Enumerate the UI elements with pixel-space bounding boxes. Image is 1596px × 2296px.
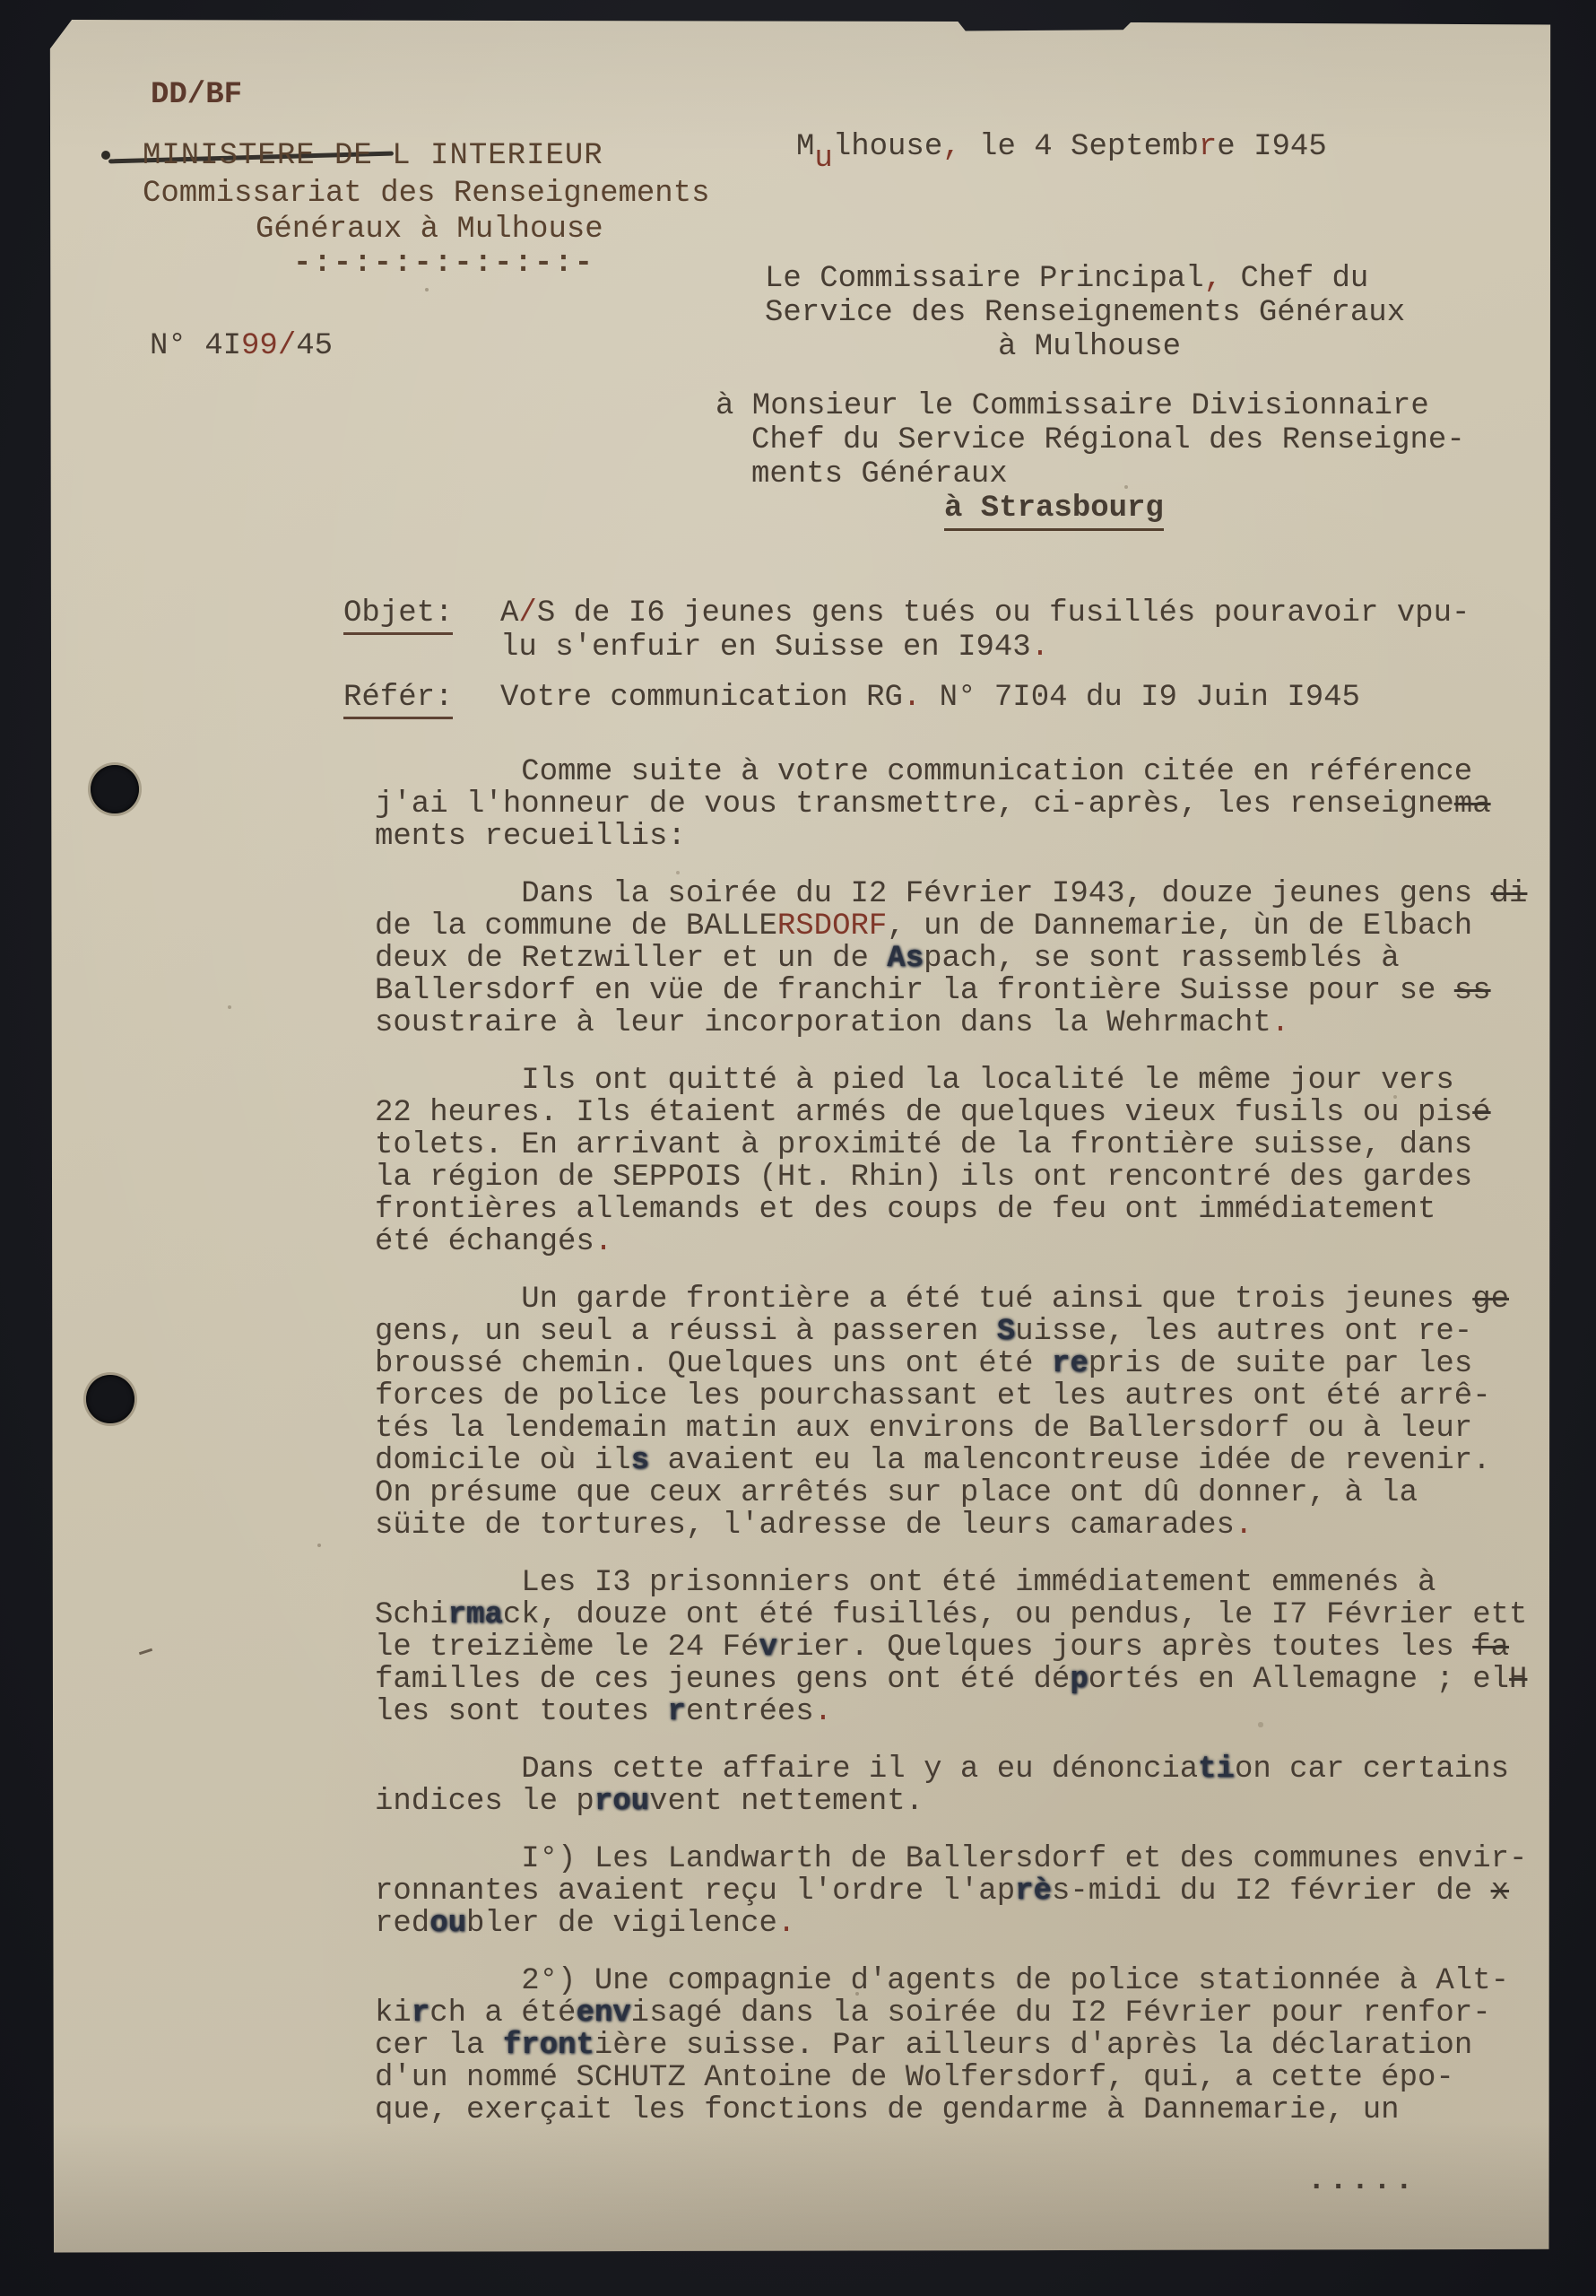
paragraph: Dans la soirée du I2 Février I943, douze…: [375, 878, 1581, 1039]
letterhead-commissariat: Commissariat des Renseignements: [143, 178, 710, 210]
text-line: Ballersdorf en vüe de franchir la fronti…: [375, 975, 1581, 1007]
text-line: Schirmack, douze ont été fusillés, ou pe…: [375, 1599, 1581, 1631]
text-line: soustraire à leur incorporation dans la …: [375, 1007, 1581, 1039]
ink-blot-text: S: [997, 1315, 1015, 1349]
recipient-city-underlined: à Strasbourg: [944, 491, 1164, 531]
text-line: redoubler de vigilence.: [375, 1908, 1581, 1940]
paragraph: Dans cette affaire il y a eu dénonciatio…: [375, 1753, 1581, 1818]
text-line: I°) Les Landwarth de Ballersdorf et des …: [375, 1843, 1581, 1875]
struck-text: di: [1491, 877, 1528, 911]
sender-city: à Mulhouse: [998, 331, 1181, 363]
struck-text: ge: [1472, 1283, 1509, 1317]
text-line: Dans la soirée du I2 Février I943, douze…: [375, 878, 1581, 910]
red-ink-text: /: [518, 596, 536, 631]
struck-text: H: [1509, 1663, 1527, 1697]
sender-title-line1: Le Commissaire Principal, Chef du: [765, 263, 1368, 295]
dateline-rest: lhouse, le 4 Septembre I945: [833, 130, 1327, 164]
red-ink-text: ,: [942, 130, 960, 164]
subject-label: Objet:: [343, 597, 453, 630]
text-line: Comme suite à votre communication citée …: [375, 756, 1581, 788]
ink-blot-text: ti: [1198, 1752, 1235, 1787]
text-line: Les I3 prisonniers ont été immédiatement…: [375, 1567, 1581, 1599]
ink-blot-text: rma: [448, 1598, 503, 1632]
text-line: Un garde frontière a été tué ainsi que t…: [375, 1283, 1581, 1316]
text-line: frontières allemands et des coups de feu…: [375, 1194, 1581, 1226]
text-line: indices le prouvent nettement.: [375, 1786, 1581, 1818]
red-ink-text: .: [594, 1225, 612, 1259]
text-line: ments recueillis:: [375, 821, 1581, 853]
paragraph: Comme suite à votre communication citée …: [375, 756, 1581, 853]
paragraph: Les I3 prisonniers ont été immédiatement…: [375, 1567, 1581, 1728]
ink-blot-text: p: [1070, 1663, 1088, 1697]
text-line: été échangés.: [375, 1226, 1581, 1258]
text-line: familles de ces jeunes gens ont été dépo…: [375, 1664, 1581, 1696]
red-ink-text: .: [1031, 631, 1049, 665]
text-line: deux de Retzwiller et un de Aspach, se s…: [375, 943, 1581, 975]
text-line: domicile où ils avaient eu la malencontr…: [375, 1445, 1581, 1477]
ink-blot-text: front: [503, 2029, 594, 2063]
typist-initials: DD/BF: [151, 79, 242, 111]
struck-text: fa: [1472, 1631, 1509, 1665]
reference-text: Votre communication RG. N° 7I04 du I9 Ju…: [500, 682, 1360, 714]
struck-text: é: [1472, 1096, 1490, 1130]
reference-number: N° 4I99/45: [150, 330, 333, 362]
text-line: de la commune de BALLERSDORF, un de Dann…: [375, 910, 1581, 943]
continuation-dots: .....: [1307, 2165, 1417, 2197]
red-ink-text: 99/: [241, 329, 296, 363]
red-ink-text: .: [1235, 1509, 1253, 1543]
recipient-line3: ments Généraux: [751, 458, 1008, 491]
dateline-prefix: M: [796, 130, 814, 164]
red-ink-text: r: [1199, 130, 1217, 164]
struck-text: ma: [1454, 787, 1491, 822]
text-line: 2°) Une compagnie d'agents de police sta…: [375, 1965, 1581, 1997]
letterhead-separator: -:-:-:-:-:-:-:-: [293, 248, 594, 280]
text-line: les sont toutes rentrées.: [375, 1696, 1581, 1728]
ink-blot-text: r: [667, 1695, 685, 1729]
text-line: On présume que ceux arrêtés sur place on…: [375, 1477, 1581, 1509]
text-line: que, exerçait les fonctions de gendarme …: [375, 2094, 1581, 2126]
paragraph: Ils ont quitté à pied la localité le mêm…: [375, 1065, 1581, 1258]
red-ink-text: .: [814, 1695, 832, 1729]
text-line: j'ai l'honneur de vous transmettre, ci-a…: [375, 788, 1581, 821]
ink-blot-text: r: [412, 1996, 429, 2031]
text-line: 22 heures. Ils étaient armés de quelques…: [375, 1097, 1581, 1129]
punch-hole-bottom: [86, 1375, 134, 1423]
letterhead-ministry: MINISTERE DE L INTERIEUR: [143, 140, 603, 172]
recipient-city: à Strasbourg: [944, 492, 1164, 525]
reference-label: Référ:: [343, 682, 453, 714]
paragraph: Un garde frontière a été tué ainsi que t…: [375, 1283, 1581, 1542]
letterhead-generaux: Généraux à Mulhouse: [256, 213, 603, 246]
red-ink-text: .: [777, 1907, 795, 1941]
text-line: ronnantes avaient reçu l'ordre l'après-m…: [375, 1875, 1581, 1908]
recipient-line2: Chef du Service Régional des Renseigne-: [751, 424, 1465, 457]
text-line: Ils ont quitté à pied la localité le mêm…: [375, 1065, 1581, 1097]
punch-hole-top: [91, 765, 139, 813]
struck-text: ss: [1454, 974, 1491, 1008]
subject-line1: A/S de I6 jeunes gens tués ou fusillés p…: [500, 597, 1470, 630]
photo-backdrop: { "stamp": "DD/BF", "letterhead": { "min…: [0, 0, 1596, 2296]
ink-blot-text: s: [631, 1444, 649, 1478]
ink-blot-text: As: [887, 942, 924, 976]
text-line: tolets. En arrivant à proximité de la fr…: [375, 1129, 1581, 1161]
ink-blot-text: env: [576, 1996, 630, 2031]
text-line: la région de SEPPOIS (Ht. Rhin) ils ont …: [375, 1161, 1581, 1194]
pencil-mark: [139, 1648, 152, 1655]
ink-blot-text: ou: [429, 1907, 466, 1941]
red-ink-text: RSDORF: [777, 909, 887, 944]
text-line: Dans cette affaire il y a eu dénonciatio…: [375, 1753, 1581, 1786]
red-ink-text: .: [903, 681, 921, 715]
text-line: le treizième le 24 Février. Quelques jou…: [375, 1631, 1581, 1664]
red-ink-text: ,: [1204, 262, 1222, 296]
dateline: Mulhouse, le 4 Septembre I945: [796, 131, 1327, 163]
document-page: DD/BF MINISTERE DE L INTERIEUR Commissar…: [49, 20, 1551, 2255]
pen-stroke-head: [101, 151, 110, 160]
subject-line2: lu s'enfuir en Suisse en I943.: [500, 631, 1049, 664]
text-line: tés la lendemain matin aux environs de B…: [375, 1413, 1581, 1445]
sender-title-line2: Service des Renseignements Généraux: [765, 297, 1405, 329]
text-line: broussé chemin. Quelques uns ont été rep…: [375, 1348, 1581, 1380]
text-line: süite de tortures, l'adresse de leurs ca…: [375, 1509, 1581, 1542]
ink-blot-text: re: [1052, 1347, 1089, 1381]
text-line: cer la frontière suisse. Par ailleurs d'…: [375, 2030, 1581, 2062]
text-line: gens, un seul a réussi à passeren Suisse…: [375, 1316, 1581, 1348]
text-line: d'un nommé SCHUTZ Antoine de Wolfersdorf…: [375, 2062, 1581, 2094]
ink-blot-text: rè: [1015, 1874, 1052, 1909]
ink-blot-text: rou: [594, 1785, 649, 1819]
dateline-subscript-u: u: [814, 143, 832, 175]
text-line: kirch a étéenvisagé dans la soirée du I2…: [375, 1997, 1581, 2030]
text-line: forces de police les pourchassant et les…: [375, 1380, 1581, 1413]
paper-specks: [49, 20, 51, 22]
paragraph: I°) Les Landwarth de Ballersdorf et des …: [375, 1843, 1581, 1940]
document-body: Comme suite à votre communication citée …: [375, 756, 1581, 2152]
recipient-line1: à Monsieur le Commissaire Divisionnaire: [716, 390, 1429, 422]
paragraph: 2°) Une compagnie d'agents de police sta…: [375, 1965, 1581, 2126]
ink-blot-text: v: [759, 1631, 776, 1665]
struck-text: x: [1491, 1874, 1509, 1909]
red-ink-text: .: [1271, 1006, 1289, 1040]
